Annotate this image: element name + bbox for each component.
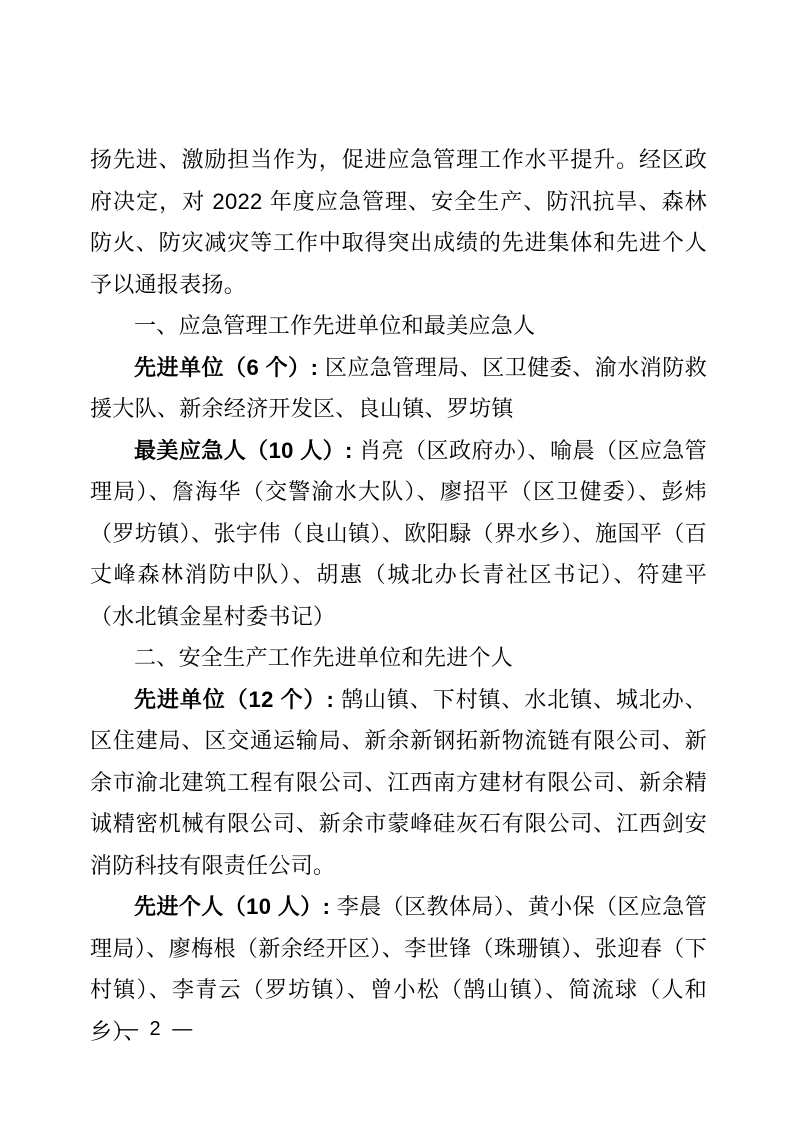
section1-persons-label: 最美应急人（10 人）: bbox=[134, 438, 359, 463]
section1-heading: 一、应急管理工作先进单位和最美应急人 bbox=[90, 305, 707, 347]
section2-units-label: 先进单位（12 个）: bbox=[134, 687, 341, 712]
document-page: 扬先进、激励担当作为，促进应急管理工作水平提升。经区政府决定，对 2022 年度… bbox=[0, 0, 793, 1122]
section1-persons-list: 肖亮（区政府办）、喻晨（区应急管理局）、詹海华（交警渝水大队）、廖招平（区卫健委… bbox=[90, 438, 707, 629]
section2-units-paragraph: 先进单位（12 个）: 鹄山镇、下村镇、水北镇、城北办、区住建局、区交通运输局、… bbox=[90, 679, 707, 887]
page-number: — 2 — bbox=[118, 1018, 195, 1041]
section2-units-list: 鹄山镇、下村镇、水北镇、城北办、区住建局、区交通运输局、新余新钢拓新物流链有限公… bbox=[90, 687, 707, 878]
section1-units-paragraph: 先进单位（6 个）: 区应急管理局、区卫健委、渝水消防救援大队、新余经济开发区、… bbox=[90, 347, 707, 430]
section1-persons-paragraph: 最美应急人（10 人）: 肖亮（区政府办）、喻晨（区应急管理局）、詹海华（交警渝… bbox=[90, 430, 707, 638]
document-body: 扬先进、激励担当作为，促进应急管理工作水平提升。经区政府决定，对 2022 年度… bbox=[90, 139, 707, 1052]
section2-heading: 二、安全生产工作先进单位和先进个人 bbox=[90, 637, 707, 679]
section2-persons-label: 先进个人（10 人）: bbox=[134, 894, 337, 919]
section1-units-label: 先进单位（6 个）: bbox=[134, 355, 325, 380]
intro-paragraph: 扬先进、激励担当作为，促进应急管理工作水平提升。经区政府决定，对 2022 年度… bbox=[90, 139, 707, 305]
